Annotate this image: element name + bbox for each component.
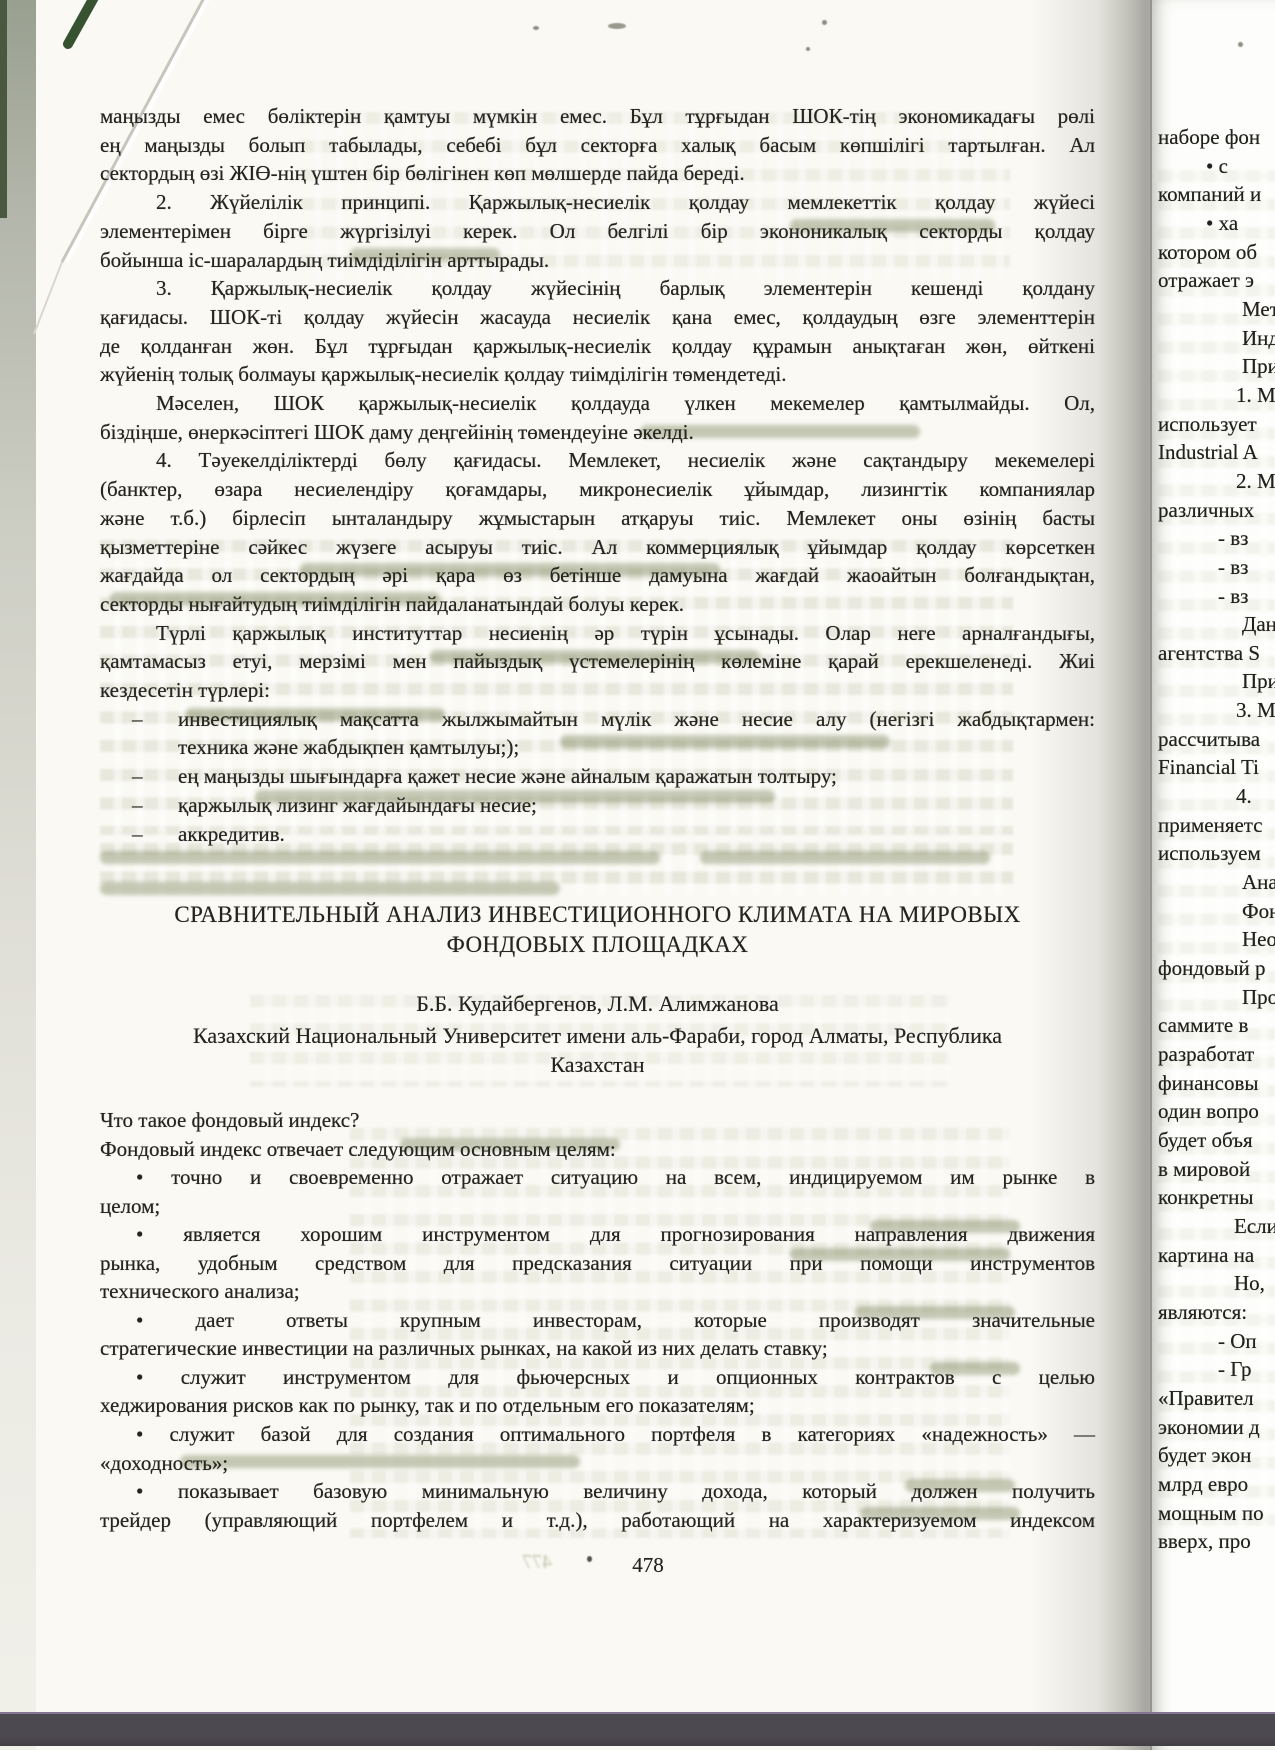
next-page-text-line: агентства S — [1158, 639, 1275, 668]
text-line: қағидасы. ШОК-ті қолдау жүйесін жасауда … — [100, 303, 1095, 332]
text-line: • служит инструментом для фьючерсных и о… — [100, 1363, 1095, 1392]
text-line-content: Фондовый индекс отвечает следующим основ… — [100, 1137, 616, 1161]
text-line: рынка, удобным средством для предсказани… — [100, 1249, 1095, 1278]
text-line-content: қағидасы. ШОК-ті қолдау жүйесін жасауда … — [100, 305, 1095, 329]
text-line-content: Если — [1234, 1214, 1275, 1238]
text-line-content: • дает ответы крупным инвесторам, которы… — [136, 1308, 1095, 1332]
text-line: (банктер, өзара несиелендіру қоғамдары, … — [100, 475, 1095, 504]
text-line-content: стратегические инвестиции на различных р… — [100, 1336, 828, 1360]
text-line-content: являются: — [1158, 1300, 1247, 1324]
text-line: кездесетін түрлері: — [100, 676, 1095, 705]
next-page-text-line: саммите в — [1158, 1011, 1275, 1040]
text-line-content: трейдер (управляющий портфелем и т.д.), … — [100, 1508, 1095, 1532]
next-page-text-line: в мировой — [1158, 1155, 1275, 1184]
text-line: – ең маңызды шығындарға қажет несие және… — [100, 762, 1095, 791]
text-line: қызметтеріне сәйкес жүзеге асыруы тиіс. … — [100, 533, 1095, 562]
next-page-text-line: экономии д — [1158, 1413, 1275, 1442]
text-line-content: млрд евро — [1158, 1472, 1248, 1496]
article-title: СРАВНИТЕЛЬНЫЙ АНАЛИЗ ИНВЕСТИЦИОННОГО КЛИ… — [100, 900, 1095, 960]
text-line-content: Мет — [1242, 297, 1275, 321]
text-line-content: жүйенің толық болмауы қаржылық-несиелік … — [100, 362, 787, 386]
text-line-content: 3. Қаржылық-несиелік қолдау жүйесінің ба… — [156, 276, 1095, 300]
text-line-content: разработат — [1158, 1042, 1254, 1066]
text-line-content: Ана — [1242, 870, 1275, 894]
next-page-text-line: отражает э — [1158, 266, 1275, 295]
text-line-content: вверх, про — [1158, 1529, 1251, 1553]
text-line-content: • служит инструментом для фьючерсных и о… — [136, 1365, 1095, 1389]
text-line-content: • ха — [1206, 211, 1238, 235]
text-line: және т.б.) бірлесіп ынталандыру жұмыстар… — [100, 504, 1095, 533]
text-line: Түрлі қаржылық институттар несиенің әр т… — [100, 619, 1095, 648]
dash-bullet: – — [132, 791, 143, 820]
text-line-content: финансовы — [1158, 1071, 1259, 1095]
text-line-content: картина на — [1158, 1243, 1254, 1267]
text-line-content: «доходность»; — [100, 1451, 228, 1475]
text-line-content: Түрлі қаржылық институттар несиенің әр т… — [156, 621, 1095, 645]
bleedthrough-mark — [100, 851, 660, 864]
scan-bottom-band — [0, 1712, 1275, 1746]
next-page-text-line: вверх, про — [1158, 1527, 1275, 1556]
dash-bullet: – — [132, 705, 143, 734]
text-line-content: - Гр — [1218, 1357, 1252, 1381]
text-line: – аккредитив. — [100, 820, 1095, 849]
text-line: целом; — [100, 1192, 1095, 1221]
text-line: 2. Жүйелілік принципі. Қаржылық-несиелік… — [100, 188, 1095, 217]
next-page-text-line: фондовый р — [1158, 954, 1275, 983]
text-line: секторды нығайтудың тиімділігін пайдалан… — [100, 590, 1095, 619]
next-page-text-line: Financial Ti — [1158, 753, 1275, 782]
text-line-content: отражает э — [1158, 268, 1254, 292]
text-line-content: конкретны — [1158, 1185, 1253, 1209]
text-line-content: рассчитыва — [1158, 727, 1260, 751]
text-line: 3. Қаржылық-несиелік қолдау жүйесінің ба… — [100, 274, 1095, 303]
next-page-text-line: • с — [1158, 152, 1275, 181]
next-page-text-line: млрд евро — [1158, 1470, 1275, 1499]
text-line: бойынша іс-шаралардың тиімдіділігін артт… — [100, 246, 1095, 275]
text-line: сектордың өзі ЖІӨ-нің үштен бір бөлігіне… — [100, 159, 1095, 188]
next-page-text-line: финансовы — [1158, 1069, 1275, 1098]
next-page-text-line: Инд — [1158, 324, 1275, 353]
scanned-page: маңызды емес бөліктерін қамтуы мүмкін ем… — [0, 0, 1275, 1750]
next-page-text-line: различных — [1158, 496, 1275, 525]
text-line: техника және жабдықпен қамтылуы;); — [100, 733, 1095, 762]
text-line-content: При — [1242, 354, 1275, 378]
next-page-text-line: - вз — [1158, 524, 1275, 553]
kazakh-text-block: маңызды емес бөліктерін қамтуы мүмкін ем… — [100, 102, 1095, 848]
text-line-content: Что такое фондовый индекс? — [100, 1108, 359, 1132]
next-page-text-line: 3. М — [1158, 696, 1275, 725]
affiliation-line1: Казахский Национальный Университет имени… — [100, 1021, 1095, 1050]
text-line-content: применяетс — [1158, 813, 1263, 837]
next-page-text-line: Industrial A — [1158, 438, 1275, 467]
scan-speck — [1238, 42, 1243, 47]
text-line: • является хорошим инструментом для прог… — [100, 1220, 1095, 1249]
text-line-content: фондовый р — [1158, 956, 1266, 980]
next-page-text-line: использует — [1158, 410, 1275, 439]
text-line-content: 4. — [1236, 784, 1252, 808]
next-page-text-line: Про — [1158, 983, 1275, 1012]
text-line: хеджирования рисков как по рынку, так и … — [100, 1391, 1095, 1420]
next-page-text-line: «Правител — [1158, 1384, 1275, 1413]
article-affiliation: Казахский Национальный Университет имени… — [100, 1021, 1095, 1079]
next-page-text-line: При — [1158, 352, 1275, 381]
text-line-content: - Оп — [1218, 1329, 1257, 1353]
text-line-content: саммите в — [1158, 1013, 1248, 1037]
article-authors: Б.Б. Кудайбергенов, Л.М. Алимжанова — [100, 991, 1095, 1017]
text-line: маңызды емес бөліктерін қамтуы мүмкін ем… — [100, 102, 1095, 131]
next-page-text-line: • ха — [1158, 209, 1275, 238]
text-line-content: различных — [1158, 498, 1254, 522]
text-line-content: 3. М — [1236, 698, 1275, 722]
text-line-content: будет объя — [1158, 1128, 1253, 1152]
text-line-content: компаний и — [1158, 182, 1261, 206]
text-line: стратегические инвестиции на различных р… — [100, 1334, 1095, 1363]
text-line-content: • точно и своевременно отражает ситуацию… — [136, 1165, 1095, 1189]
text-line-content: Про — [1242, 985, 1275, 1009]
next-page-text-line: Фон — [1158, 897, 1275, 926]
next-page-text-line: Дан — [1158, 610, 1275, 639]
text-line-content: рынка, удобным средством для предсказани… — [100, 1251, 1095, 1275]
next-page-text-line: мощным по — [1158, 1499, 1275, 1528]
text-line-content: жағдайда ол сектордың әрі қара өз бетінш… — [100, 563, 1095, 587]
next-page-text-line: являются: — [1158, 1298, 1275, 1327]
text-line: де қолданған жөн. Бұл тұрғыдан қаржылық-… — [100, 332, 1095, 361]
next-page-text-line: рассчитыва — [1158, 725, 1275, 754]
text-line-content: используем — [1158, 841, 1261, 865]
text-line-content: қызметтеріне сәйкес жүзеге асыруы тиіс. … — [100, 535, 1095, 559]
next-page-text-line: картина на — [1158, 1241, 1275, 1270]
text-line: ең маңызды болып табылады, себебі бұл се… — [100, 131, 1095, 160]
text-line-content: 2. М — [1236, 469, 1275, 493]
text-line-content: экономии д — [1158, 1415, 1260, 1439]
next-page-text-line: 4. — [1158, 782, 1275, 811]
text-line-content: ең маңызды болып табылады, себебі бұл се… — [100, 133, 1095, 157]
text-line-content: будет экон — [1158, 1443, 1251, 1467]
text-line-content: • является хорошим инструментом для прог… — [136, 1222, 1095, 1246]
text-line: элементерімен бірге жүргізілуі керек. Ол… — [100, 217, 1095, 246]
text-line-content: агентства S — [1158, 641, 1260, 665]
text-line: • служит базой для создания оптимального… — [100, 1420, 1095, 1449]
text-line-content: сектордың өзі ЖІӨ-нің үштен бір бөлігіне… — [100, 161, 745, 185]
next-page-text-line: котором об — [1158, 238, 1275, 267]
dash-bullet: – — [132, 820, 143, 849]
scan-speck — [822, 20, 827, 25]
text-line-content: (банктер, өзара несиелендіру қоғамдары, … — [100, 477, 1095, 501]
text-line-content: наборе фон — [1158, 125, 1260, 149]
next-page-text-line: разработат — [1158, 1040, 1275, 1069]
text-line-content: Но, — [1234, 1271, 1265, 1295]
text-line: технического анализа; — [100, 1277, 1095, 1306]
next-page-text-line: Ана — [1158, 868, 1275, 897]
text-line-content: мощным по — [1158, 1501, 1264, 1525]
text-line-content: При — [1242, 669, 1275, 693]
next-page-text-column: наборе фон • с компаний и • ха котором о… — [1158, 123, 1275, 1556]
russian-text-block: Что такое фондовый индекс? Фондовый инде… — [100, 1106, 1095, 1534]
text-line-content: Industrial A — [1158, 440, 1258, 464]
text-line-content: маңызды емес бөліктерін қамтуы мүмкін ем… — [100, 104, 1095, 128]
text-line-content: - вз — [1218, 584, 1248, 608]
text-line: – инвестициялық мақсатта жылжымайтын мүл… — [100, 705, 1095, 734]
scan-speck — [608, 23, 626, 29]
bleedthrough-mark — [700, 851, 990, 864]
text-line-content: 4. Тәуекелділіктерді бөлу қағидасы. Мемл… — [156, 448, 1095, 472]
text-line-content: қамтамасыз етуі, мерзімі мен пайыздық үс… — [100, 649, 1095, 673]
text-line-content: де қолданған жөн. Бұл тұрғыдан қаржылық-… — [100, 334, 1095, 358]
text-line-content: технического анализа; — [100, 1279, 300, 1303]
text-line-content: қаржылық лизинг жағдайындағы несие; — [178, 793, 537, 817]
next-page-text-line: один вопро — [1158, 1097, 1275, 1126]
text-line: жағдайда ол сектордың әрі қара өз бетінш… — [100, 561, 1095, 590]
next-page-text-line: Если — [1158, 1212, 1275, 1241]
next-page-text-line: наборе фон — [1158, 123, 1275, 152]
next-page-text-line: - вз — [1158, 582, 1275, 611]
next-page-text-line: - Оп — [1158, 1327, 1275, 1356]
text-line-content: Financial Ti — [1158, 755, 1259, 779]
text-line: • дает ответы крупным инвесторам, которы… — [100, 1306, 1095, 1335]
text-line: қамтамасыз етуі, мерзімі мен пайыздық үс… — [100, 647, 1095, 676]
text-line-content: және т.б.) бірлесіп ынталандыру жұмыстар… — [100, 506, 1095, 530]
next-page-text-line: Мет — [1158, 295, 1275, 324]
text-line-content: секторды нығайтудың тиімділігін пайдалан… — [100, 592, 684, 616]
next-page-text-line: компаний и — [1158, 180, 1275, 209]
text-line-content: • служит базой для создания оптимального… — [136, 1422, 1095, 1446]
scan-speck — [533, 26, 539, 30]
article-title-line1: СРАВНИТЕЛЬНЫЙ АНАЛИЗ ИНВЕСТИЦИОННОГО КЛИ… — [100, 900, 1095, 930]
text-line-content: котором об — [1158, 240, 1257, 264]
text-line-content: один вопро — [1158, 1099, 1259, 1123]
text-line-content: аккредитив. — [178, 822, 285, 846]
text-line-content: ең маңызды шығындарға қажет несие және а… — [178, 764, 837, 788]
text-line: Мәселен, ШОК қаржылық-несиелік қолдауда … — [100, 389, 1095, 418]
text-line: 4. Тәуекелділіктерді бөлу қағидасы. Мемл… — [100, 446, 1095, 475]
text-line: • точно и своевременно отражает ситуацию… — [100, 1163, 1095, 1192]
text-line: жүйенің толық болмауы қаржылық-несиелік … — [100, 360, 1095, 389]
next-page-text-line: - вз — [1158, 553, 1275, 582]
text-line-content: біздіңше, өнеркәсіптегі ШОК даму деңгейі… — [100, 420, 694, 444]
text-line-content: - вз — [1218, 526, 1248, 550]
next-page-text-line: 2. М — [1158, 467, 1275, 496]
text-line-content: Мәселен, ШОК қаржылық-несиелік қолдауда … — [156, 391, 1095, 415]
next-page-text-line: При — [1158, 667, 1275, 696]
text-line: Что такое фондовый индекс? — [100, 1106, 1095, 1135]
next-page-text-line: Но, — [1158, 1269, 1275, 1298]
text-line-content: • показывает базовую минимальную величин… — [136, 1479, 1095, 1503]
affiliation-line2: Казахстан — [100, 1050, 1095, 1079]
text-line-content: инвестициялық мақсатта жылжымайтын мүлік… — [178, 707, 1095, 731]
text-line: «доходность»; — [100, 1449, 1095, 1478]
text-line-content: целом; — [100, 1194, 160, 1218]
text-line-content: элементерімен бірге жүргізілуі керек. Ол… — [100, 219, 1095, 243]
text-line-content: хеджирования рисков как по рынку, так и … — [100, 1393, 755, 1417]
text-line: трейдер (управляющий портфелем и т.д.), … — [100, 1506, 1095, 1535]
next-page-text-line: будет объя — [1158, 1126, 1275, 1155]
text-line-content: Дан — [1242, 612, 1275, 636]
next-page-text-line: 1. М — [1158, 381, 1275, 410]
bleedthrough-mark — [100, 882, 560, 895]
text-line-content: - вз — [1218, 555, 1248, 579]
next-page-text-line: - Гр — [1158, 1355, 1275, 1384]
text-line: – қаржылық лизинг жағдайындағы несие; — [100, 791, 1095, 820]
ghost-page-number: 477 — [522, 1551, 552, 1574]
text-line-content: 1. М — [1236, 383, 1275, 407]
text-line-content: использует — [1158, 412, 1257, 436]
text-line-content: в мировой — [1158, 1157, 1250, 1181]
ink-dot — [587, 1556, 592, 1562]
text-line: біздіңше, өнеркәсіптегі ШОК даму деңгейі… — [100, 418, 1095, 447]
text-line: • показывает базовую минимальную величин… — [100, 1477, 1095, 1506]
scan-speck — [806, 47, 810, 51]
text-line-content: Нео — [1242, 927, 1275, 951]
text-line-content: Инд — [1242, 326, 1275, 350]
text-line-content: • с — [1206, 154, 1228, 178]
next-page-text-line: применяетс — [1158, 811, 1275, 840]
article-title-line2: ФОНДОВЫХ ПЛОЩАДКАХ — [100, 930, 1095, 960]
text-line-content: 2. Жүйелілік принципі. Қаржылық-несиелік… — [156, 190, 1095, 214]
next-page-text-line: используем — [1158, 839, 1275, 868]
text-line-content: «Правител — [1158, 1386, 1254, 1410]
page-number: 478 — [616, 1553, 680, 1578]
next-page-text-line: Нео — [1158, 925, 1275, 954]
text-line-content: Фон — [1242, 899, 1275, 923]
text-line-content: бойынша іс-шаралардың тиімдіділігін артт… — [100, 248, 549, 272]
next-page-text-line: будет экон — [1158, 1441, 1275, 1470]
text-line: Фондовый индекс отвечает следующим основ… — [100, 1135, 1095, 1164]
dash-bullet: – — [132, 762, 143, 791]
next-page-text-line: конкретны — [1158, 1183, 1275, 1212]
text-line-content: техника және жабдықпен қамтылуы;); — [178, 735, 519, 759]
text-line-content: кездесетін түрлері: — [100, 678, 270, 702]
